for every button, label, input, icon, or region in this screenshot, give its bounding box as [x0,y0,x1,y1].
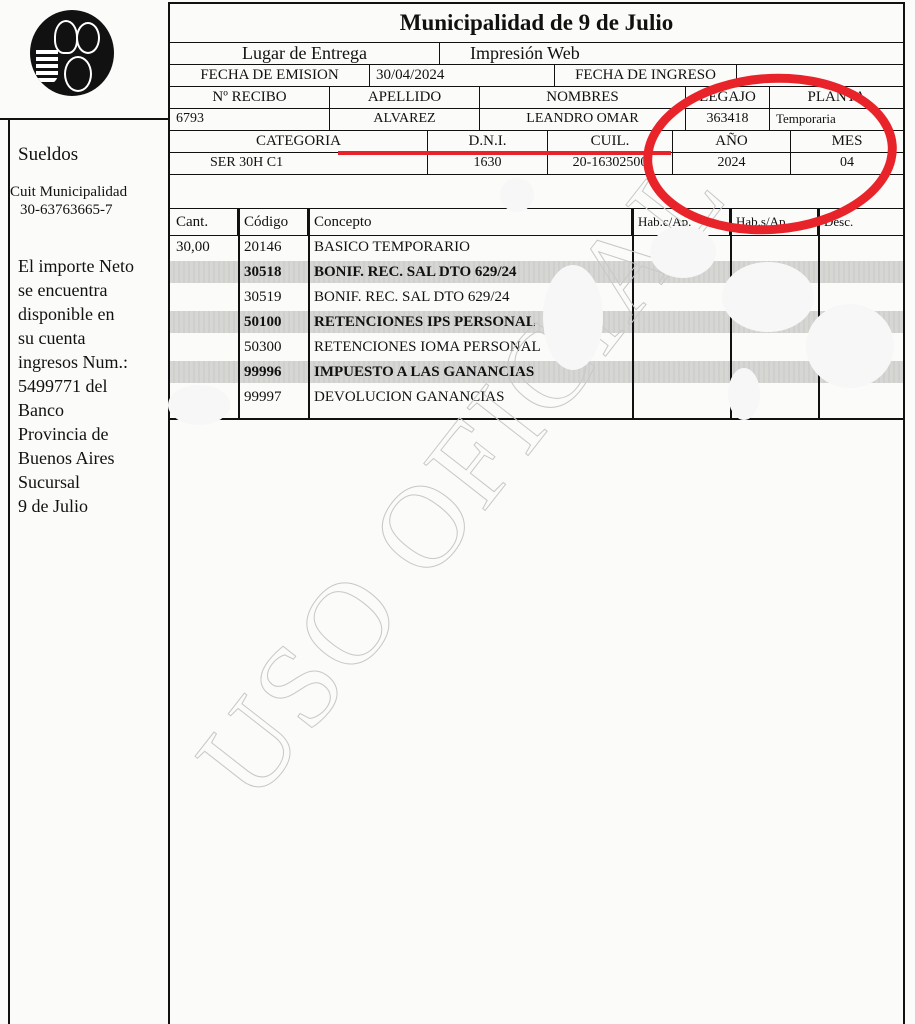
net-amount-notice: El importe Neto se encuentra disponible … [18,254,168,518]
item-quantity [170,261,238,283]
notice-line: 9 de Julio [18,494,168,518]
sidebar-border [8,118,10,1024]
redaction-blob [650,226,716,278]
surname-label: APELLIDO [330,86,480,108]
notice-line: Banco [18,398,168,422]
delivery-value: Impresión Web [440,42,903,64]
category-value: SER 30H C1 [170,152,428,174]
col-code: Código [238,209,308,235]
item-code: 50300 [238,336,308,358]
notice-line: Buenos Aires [18,446,168,470]
municipal-crest-icon [30,10,114,96]
redaction-blob [543,265,603,370]
col-quantity: Cant. [170,209,238,235]
notice-line: se encuentra [18,278,168,302]
redaction-blob [168,385,230,425]
redaction-blob [722,262,814,332]
document-title: Municipalidad de 9 de Julio [170,2,903,43]
item-code: 30518 [238,261,308,283]
category-label: CATEGORIA [170,130,428,152]
receipt-label: Nº RECIBO [170,86,330,108]
item-hab-con-aportes [632,386,730,408]
redaction-blob [500,178,534,212]
redaction-blob [728,368,760,420]
dni-value: 1630 [428,152,548,174]
item-descuentos [818,386,903,408]
surname-value: ALVAREZ [330,108,480,130]
item-quantity [170,336,238,358]
item-code: 99997 [238,386,308,408]
section-label: Sueldos [18,144,78,166]
item-hab-con-aportes [632,361,730,383]
item-code: 30519 [238,286,308,308]
item-hab-sin-aportes [730,336,818,358]
left-sidebar: Sueldos Cuit Municipalidad 30-63763665-7… [0,0,168,1024]
receipt-value: 6793 [170,108,330,130]
entry-date-label: FECHA DE INGRESO [555,64,737,86]
item-descuentos [818,236,903,258]
delivery-row: Lugar de Entrega Impresión Web [170,42,903,65]
item-quantity [170,286,238,308]
notice-line: Sucursal [18,470,168,494]
red-highlight-underline [338,151,671,155]
column-divider [818,208,820,418]
item-quantity [170,311,238,333]
delivery-label: Lugar de Entrega [170,42,440,64]
notice-line: Provincia de [18,422,168,446]
table-row: 30,0020146BASICO TEMPORARIO [170,236,903,258]
notice-line: ingresos Num.: [18,350,168,374]
redaction-blob [806,304,894,388]
issue-date-label: FECHA DE EMISION [170,64,370,86]
logo-box [0,0,168,120]
names-label: NOMBRES [480,86,686,108]
column-divider [308,208,310,418]
cuit-label: Cuit Municipalidad [10,184,127,201]
item-code: 99996 [238,361,308,383]
item-hab-sin-aportes [730,236,818,258]
notice-line: El importe Neto [18,254,168,278]
notice-line: disponible en [18,302,168,326]
cuit-value: 30-63763665-7 [20,202,113,219]
column-divider [238,208,240,418]
item-code: 50100 [238,311,308,333]
dni-label: D.N.I. [428,130,548,152]
item-code: 20146 [238,236,308,258]
item-quantity: 30,00 [170,236,238,258]
notice-line: su cuenta [18,326,168,350]
item-quantity [170,361,238,383]
notice-line: 5499771 del [18,374,168,398]
item-descuentos [818,261,903,283]
payslip-page: Sueldos Cuit Municipalidad 30-63763665-7… [0,0,915,1024]
issue-date-value: 30/04/2024 [370,64,555,86]
